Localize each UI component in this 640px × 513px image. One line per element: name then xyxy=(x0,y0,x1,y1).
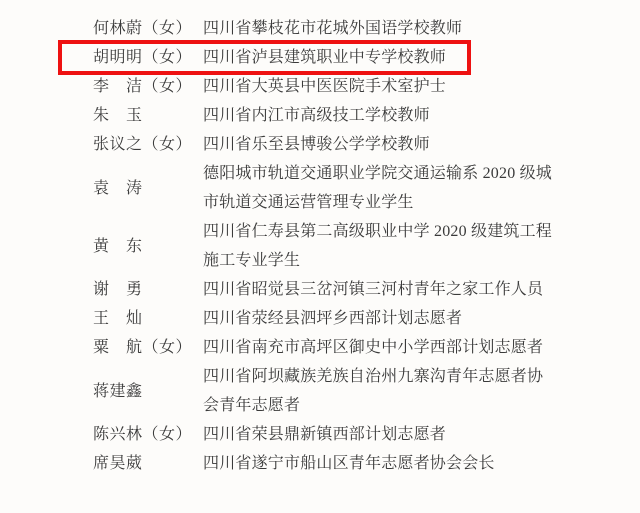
recipient-affiliation: 德阳城市轨道交通职业学院交通运输系 2020 级城市轨道交通运营管理专业学生 xyxy=(203,159,558,217)
recipient-affiliation: 四川省南充市高坪区御史中小学西部计划志愿者 xyxy=(203,333,558,362)
recipient-name: 陈兴林（女） xyxy=(93,420,203,449)
recipient-affiliation: 四川省阿坝藏族羌族自治州九寨沟青年志愿者协会青年志愿者 xyxy=(203,362,558,420)
recipient-name: 黄 东 xyxy=(93,232,203,261)
list-item: 席昊葳 四川省遂宁市船山区青年志愿者协会会长 xyxy=(93,449,640,478)
roster-list: 何林蔚（女） 四川省攀枝花市花城外国语学校教师 胡明明（女） 四川省泸县建筑职业… xyxy=(93,14,640,478)
recipient-name: 袁 涛 xyxy=(93,174,203,203)
recipient-affiliation: 四川省荣县鼎新镇西部计划志愿者 xyxy=(203,420,558,449)
list-item: 蒋建鑫 四川省阿坝藏族羌族自治州九寨沟青年志愿者协会青年志愿者 xyxy=(93,362,640,420)
recipient-name: 谢 勇 xyxy=(93,275,203,304)
recipient-affiliation: 四川省内江市高级技工学校教师 xyxy=(203,101,558,130)
document-page: 何林蔚（女） 四川省攀枝花市花城外国语学校教师 胡明明（女） 四川省泸县建筑职业… xyxy=(0,0,640,513)
recipient-name: 粟 航（女） xyxy=(93,333,203,362)
list-item: 李 洁（女） 四川省大英县中医医院手术室护士 xyxy=(93,72,640,101)
recipient-affiliation: 四川省昭觉县三岔河镇三河村青年之家工作人员 xyxy=(203,275,558,304)
recipient-affiliation: 四川省大英县中医医院手术室护士 xyxy=(203,72,558,101)
list-item: 朱 玉 四川省内江市高级技工学校教师 xyxy=(93,101,640,130)
recipient-name: 张议之（女） xyxy=(93,130,203,159)
recipient-name: 何林蔚（女） xyxy=(93,14,203,43)
recipient-name: 席昊葳 xyxy=(93,449,203,478)
recipient-name: 李 洁（女） xyxy=(93,72,203,101)
list-item: 王 灿 四川省荥经县泗坪乡西部计划志愿者 xyxy=(93,304,640,333)
list-item: 谢 勇 四川省昭觉县三岔河镇三河村青年之家工作人员 xyxy=(93,275,640,304)
recipient-name: 王 灿 xyxy=(93,304,203,333)
recipient-name: 蒋建鑫 xyxy=(93,377,203,406)
list-item: 黄 东 四川省仁寿县第二高级职业中学 2020 级建筑工程施工专业学生 xyxy=(93,217,640,275)
recipient-affiliation: 四川省乐至县博骏公学学校教师 xyxy=(203,130,558,159)
list-item: 何林蔚（女） 四川省攀枝花市花城外国语学校教师 xyxy=(93,14,640,43)
recipient-name: 胡明明（女） xyxy=(93,43,203,72)
list-item: 陈兴林（女） 四川省荣县鼎新镇西部计划志愿者 xyxy=(93,420,640,449)
list-item: 粟 航（女） 四川省南充市高坪区御史中小学西部计划志愿者 xyxy=(93,333,640,362)
recipient-affiliation: 四川省荥经县泗坪乡西部计划志愿者 xyxy=(203,304,558,333)
list-item: 胡明明（女） 四川省泸县建筑职业中专学校教师 xyxy=(93,43,640,72)
recipient-name: 朱 玉 xyxy=(93,101,203,130)
recipient-affiliation: 四川省遂宁市船山区青年志愿者协会会长 xyxy=(203,449,558,478)
list-item: 袁 涛 德阳城市轨道交通职业学院交通运输系 2020 级城市轨道交通运营管理专业… xyxy=(93,159,640,217)
recipient-affiliation: 四川省仁寿县第二高级职业中学 2020 级建筑工程施工专业学生 xyxy=(203,217,558,275)
recipient-affiliation: 四川省泸县建筑职业中专学校教师 xyxy=(203,43,558,72)
recipient-affiliation: 四川省攀枝花市花城外国语学校教师 xyxy=(203,14,558,43)
list-item: 张议之（女） 四川省乐至县博骏公学学校教师 xyxy=(93,130,640,159)
